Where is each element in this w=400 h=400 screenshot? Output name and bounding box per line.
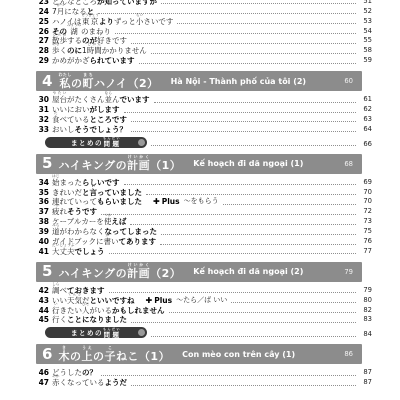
page-number: 77: [359, 247, 372, 256]
lesson-number: 4: [42, 74, 52, 89]
dot-leader: [131, 131, 356, 132]
page-number: 63: [359, 115, 372, 124]
summary-badge: まとめの問題もんだい: [45, 327, 147, 338]
lesson-number: 6: [42, 347, 52, 362]
text-with-furigana: 屋台やたい: [52, 91, 67, 104]
text-with-furigana: 赤あか: [52, 374, 60, 387]
item-number: 35: [36, 188, 49, 197]
plus-text: ～をもらう: [184, 197, 219, 206]
text-with-furigana: 町まち: [82, 77, 94, 90]
item-number: 25: [36, 17, 49, 26]
text-segment: の: [70, 350, 82, 363]
text-segment: そうでしょう？: [75, 125, 128, 134]
text-segment: く: [60, 46, 68, 55]
lesson-header: 5ハイキングの計画けいかく（1）Kế hoạch đi dã ngoại (1)…: [36, 154, 362, 174]
page-number: 59: [359, 56, 372, 65]
dot-leader: [161, 3, 356, 4]
text-with-furigana: 並なら: [105, 91, 113, 104]
item-number: 33: [36, 125, 49, 134]
toc-item: 33おいしそうでしょう？64: [36, 124, 372, 134]
page-number: 69: [359, 178, 372, 187]
item-text: かめがかざられています: [52, 56, 135, 65]
items-block: 30屋台やたいがたくさん並ならんでいます6131いいにおいがします6232食たべ…: [36, 94, 372, 134]
item-number: 29: [36, 56, 49, 65]
text-segment: がたくさん: [67, 95, 105, 104]
dot-leader: [124, 184, 357, 185]
item-number: 34: [36, 178, 49, 187]
item-number: 36: [36, 197, 49, 206]
dot-leader: [146, 194, 356, 195]
text-segment: の: [93, 350, 105, 363]
page-number: 51: [359, 0, 372, 6]
item-text: おいしそうでしょう？: [52, 125, 127, 134]
summary-row: まとめの問題もんだい66: [36, 136, 372, 148]
item-number: 41: [36, 247, 49, 256]
page-number: 61: [359, 95, 372, 104]
item-number: 23: [36, 0, 49, 6]
text-with-furigana: 木き: [58, 350, 70, 363]
text-segment: （1）: [150, 159, 181, 172]
dot-leader: [160, 244, 356, 245]
text-segment: おいし: [52, 125, 75, 134]
page-number: 83: [359, 315, 372, 324]
text-segment: もらいました: [97, 197, 142, 206]
lesson-title-vi: Hà Nội - Thành phố của tôi (2): [171, 77, 306, 86]
page-number: 72: [359, 207, 372, 216]
dot-leader: [109, 253, 357, 254]
dot-leader: [131, 121, 356, 122]
page-number: 79: [359, 286, 372, 295]
lesson-title-jp: ハイキングの計画けいかく（1）: [58, 154, 181, 173]
text-with-furigana: 子こ: [104, 350, 116, 363]
text-segment: か: [97, 0, 105, 6]
text-segment: っていますか: [112, 0, 157, 6]
item-number: 46: [36, 368, 49, 377]
dot-leader: [109, 292, 357, 293]
lesson-header: 6木きの上うえの子こねこ（1）Con mèo con trên cây (1)8…: [36, 344, 362, 364]
plus-tag: ✚Plus～をもらう: [153, 197, 219, 206]
lesson-header: 4私わたしの町まちハノイ（2）Hà Nội - Thành phố của tô…: [36, 71, 362, 91]
items-block: 23どんなところか知しっていますか51247月がつになると5225ハノイは東京と…: [36, 0, 372, 65]
text-segment: ずっと: [114, 17, 136, 26]
text-segment: べている: [60, 115, 90, 124]
summary-row: まとめの問題もんだい84: [36, 326, 372, 338]
dot-leader: [115, 33, 356, 34]
item-text: 行いくことになりました: [52, 311, 127, 324]
dot-leader: [154, 102, 357, 103]
text-with-furigana: 大丈夫だいじょうぶ: [52, 243, 75, 256]
text-with-furigana: 歩ある: [52, 42, 60, 55]
text-with-furigana: 小ちい: [136, 13, 144, 26]
item-number: 31: [36, 105, 49, 114]
text-segment: ことになりました: [67, 315, 127, 324]
item-number: 43: [36, 296, 49, 305]
lesson-page-number: 60: [344, 77, 353, 85]
text-segment: てあります: [119, 237, 157, 246]
lesson-page-number: 79: [344, 268, 353, 276]
lesson-page-number: 86: [344, 350, 353, 358]
lesson-title-jp: 私わたしの町まちハノイ（2）: [58, 72, 158, 91]
items-block: 46どうしたの？8747赤あかくなっているようだ87: [36, 367, 372, 387]
text-segment: まとめの: [71, 328, 103, 337]
dot-leader: [131, 385, 356, 386]
page-number: 87: [359, 378, 372, 387]
text-with-furigana: 時間じかん: [87, 42, 102, 55]
text-segment: ん: [112, 95, 120, 104]
page-number: 80: [359, 296, 372, 305]
item-number: 28: [36, 46, 49, 55]
text-with-furigana: 上うえ: [81, 350, 93, 363]
toc-item: 28歩あるくのに1時間じかんかかりません58: [36, 45, 372, 55]
lesson-page-number: 68: [344, 160, 353, 168]
toc: 23どんなところか知しっていますか51247月がつになると5225ハノイは東京と…: [36, 0, 372, 387]
text-segment: でいます: [120, 95, 150, 104]
lesson-number: 5: [42, 156, 52, 171]
plus-text: ～たら／ば いい: [176, 296, 227, 305]
text-with-furigana: 知し: [105, 0, 113, 6]
lesson-header: 5ハイキングの計画けいかく（2）Kế hoạch đi dã ngoại (2)…: [36, 262, 362, 282]
page-number: 53: [359, 17, 372, 26]
page-number: 70: [359, 197, 372, 206]
text-segment: くなっている: [60, 378, 105, 387]
dot-leader: [130, 224, 356, 225]
lesson-title-vi: Con mèo con trên cây (1): [182, 350, 295, 359]
summary-badge: まとめの問題もんだい: [45, 137, 147, 148]
item-number: 45: [36, 315, 49, 324]
item-number: 38: [36, 217, 49, 226]
toc-item: 32食たべているところです63: [36, 114, 372, 124]
text-segment: ハイキングの: [58, 159, 127, 172]
dot-leader: [101, 375, 356, 376]
item-number: 39: [36, 227, 49, 236]
dot-leader: [223, 204, 356, 205]
dot-leader: [124, 112, 357, 113]
item-number: 32: [36, 115, 49, 124]
dot-leader: [231, 302, 356, 303]
page-number: 66: [359, 140, 372, 148]
text-with-furigana: 食た: [52, 111, 60, 124]
text-with-furigana: 問題もんだい: [103, 136, 121, 148]
toc-item: 29かめがかざられています59: [36, 55, 372, 65]
item-number: 42: [36, 286, 49, 295]
text-segment: ハイキングの: [58, 267, 127, 280]
page-number: 84: [359, 330, 372, 338]
item-number: 47: [36, 378, 49, 387]
dot-leader: [151, 336, 356, 337]
toc-item: 30屋台やたいがたくさん並ならんでいます61: [36, 94, 372, 104]
item-number: 30: [36, 95, 49, 104]
page-number: 73: [359, 217, 372, 226]
toc-page: 23どんなところか知しっていますか51247月がつになると5225ハノイは東京と…: [0, 0, 400, 400]
dot-leader: [151, 145, 356, 146]
text-segment: かかりません: [102, 46, 147, 55]
text-segment: さいです: [143, 17, 173, 26]
dot-leader: [101, 214, 356, 215]
text-with-furigana: 私わたし: [58, 77, 71, 90]
text-segment: く: [60, 315, 68, 324]
text-with-furigana: 書か: [104, 233, 112, 246]
page-number: 75: [359, 227, 372, 236]
page-number: 76: [359, 237, 372, 246]
lesson-title-jp: ハイキングの計画けいかく（2）: [58, 262, 181, 281]
text-segment: ねこ（1）: [116, 350, 170, 363]
text-segment: ハノイ（2）: [94, 77, 159, 90]
item-number: 27: [36, 36, 49, 45]
lesson-title-vi: Kế hoạch đi dã ngoại (2): [193, 267, 303, 276]
page-number: 62: [359, 105, 372, 114]
item-text: 食たべているところです: [52, 111, 127, 124]
page-number: 55: [359, 36, 372, 45]
text-with-furigana: 行い: [52, 311, 60, 324]
lesson-title-vi: Kế hoạch đi dã ngoại (1): [193, 159, 303, 168]
text-segment: られています: [90, 56, 135, 65]
items-block: 34始はじまったらしいです6935きれいだと言いっていました7036連つれていっ…: [36, 177, 372, 256]
text-segment: まとめの: [71, 138, 103, 147]
page-number: 82: [359, 306, 372, 315]
toc-item: 41大丈夫だいじょうぶでしょう77: [36, 246, 372, 256]
item-text: 屋台やたいがたくさん並ならんでいます: [52, 91, 150, 104]
page-number: 70: [359, 188, 372, 197]
text-segment: （2）: [150, 267, 181, 280]
dot-leader: [169, 312, 357, 313]
lesson-title-jp: 木きの上うえの子こねこ（1）: [58, 345, 170, 364]
page-number: 58: [359, 46, 372, 55]
plus-icon: ✚: [153, 198, 160, 206]
dot-leader: [151, 53, 356, 54]
lesson-number: 5: [42, 264, 52, 279]
text-segment: かめがかざ: [52, 56, 90, 65]
item-number: 37: [36, 207, 49, 216]
page-number: 52: [359, 7, 372, 16]
text-with-furigana: 問題もんだい: [103, 327, 121, 339]
toc-item: 45行いくことになりました83: [36, 315, 372, 325]
page-number: 87: [359, 368, 372, 377]
text-segment: でしょう: [75, 247, 105, 256]
dot-leader: [139, 63, 357, 64]
page-number: 64: [359, 125, 372, 134]
item-text: 赤あかくなっているようだ: [52, 374, 127, 387]
dot-leader: [131, 43, 356, 44]
item-number: 24: [36, 7, 49, 16]
text-segment: ところです: [90, 115, 127, 124]
dot-leader: [161, 234, 356, 235]
item-number: 44: [36, 306, 49, 315]
text-segment: い: [111, 237, 119, 246]
item-text: 大丈夫だいじょうぶでしょう: [52, 243, 105, 256]
page-number: 54: [359, 27, 372, 36]
dot-leader: [131, 322, 356, 323]
item-text: 歩あるくのに1時間じかんかかりません: [52, 42, 147, 55]
text-with-furigana: 計画けいかく: [127, 159, 150, 172]
plus-label: Plus: [162, 197, 180, 206]
text-segment: の: [71, 77, 83, 90]
item-number: 40: [36, 237, 49, 246]
text-segment: のに: [67, 46, 82, 55]
text-segment: ようだ: [105, 378, 128, 387]
item-number: 26: [36, 27, 49, 36]
items-block: 42調しらべておきます7943いい天気てんきだといいですね✚Plus～たら／ば …: [36, 285, 372, 325]
text-with-furigana: 計画けいかく: [127, 267, 150, 280]
toc-item: 47赤あかくなっているようだ87: [36, 377, 372, 387]
dot-leader: [177, 23, 356, 24]
